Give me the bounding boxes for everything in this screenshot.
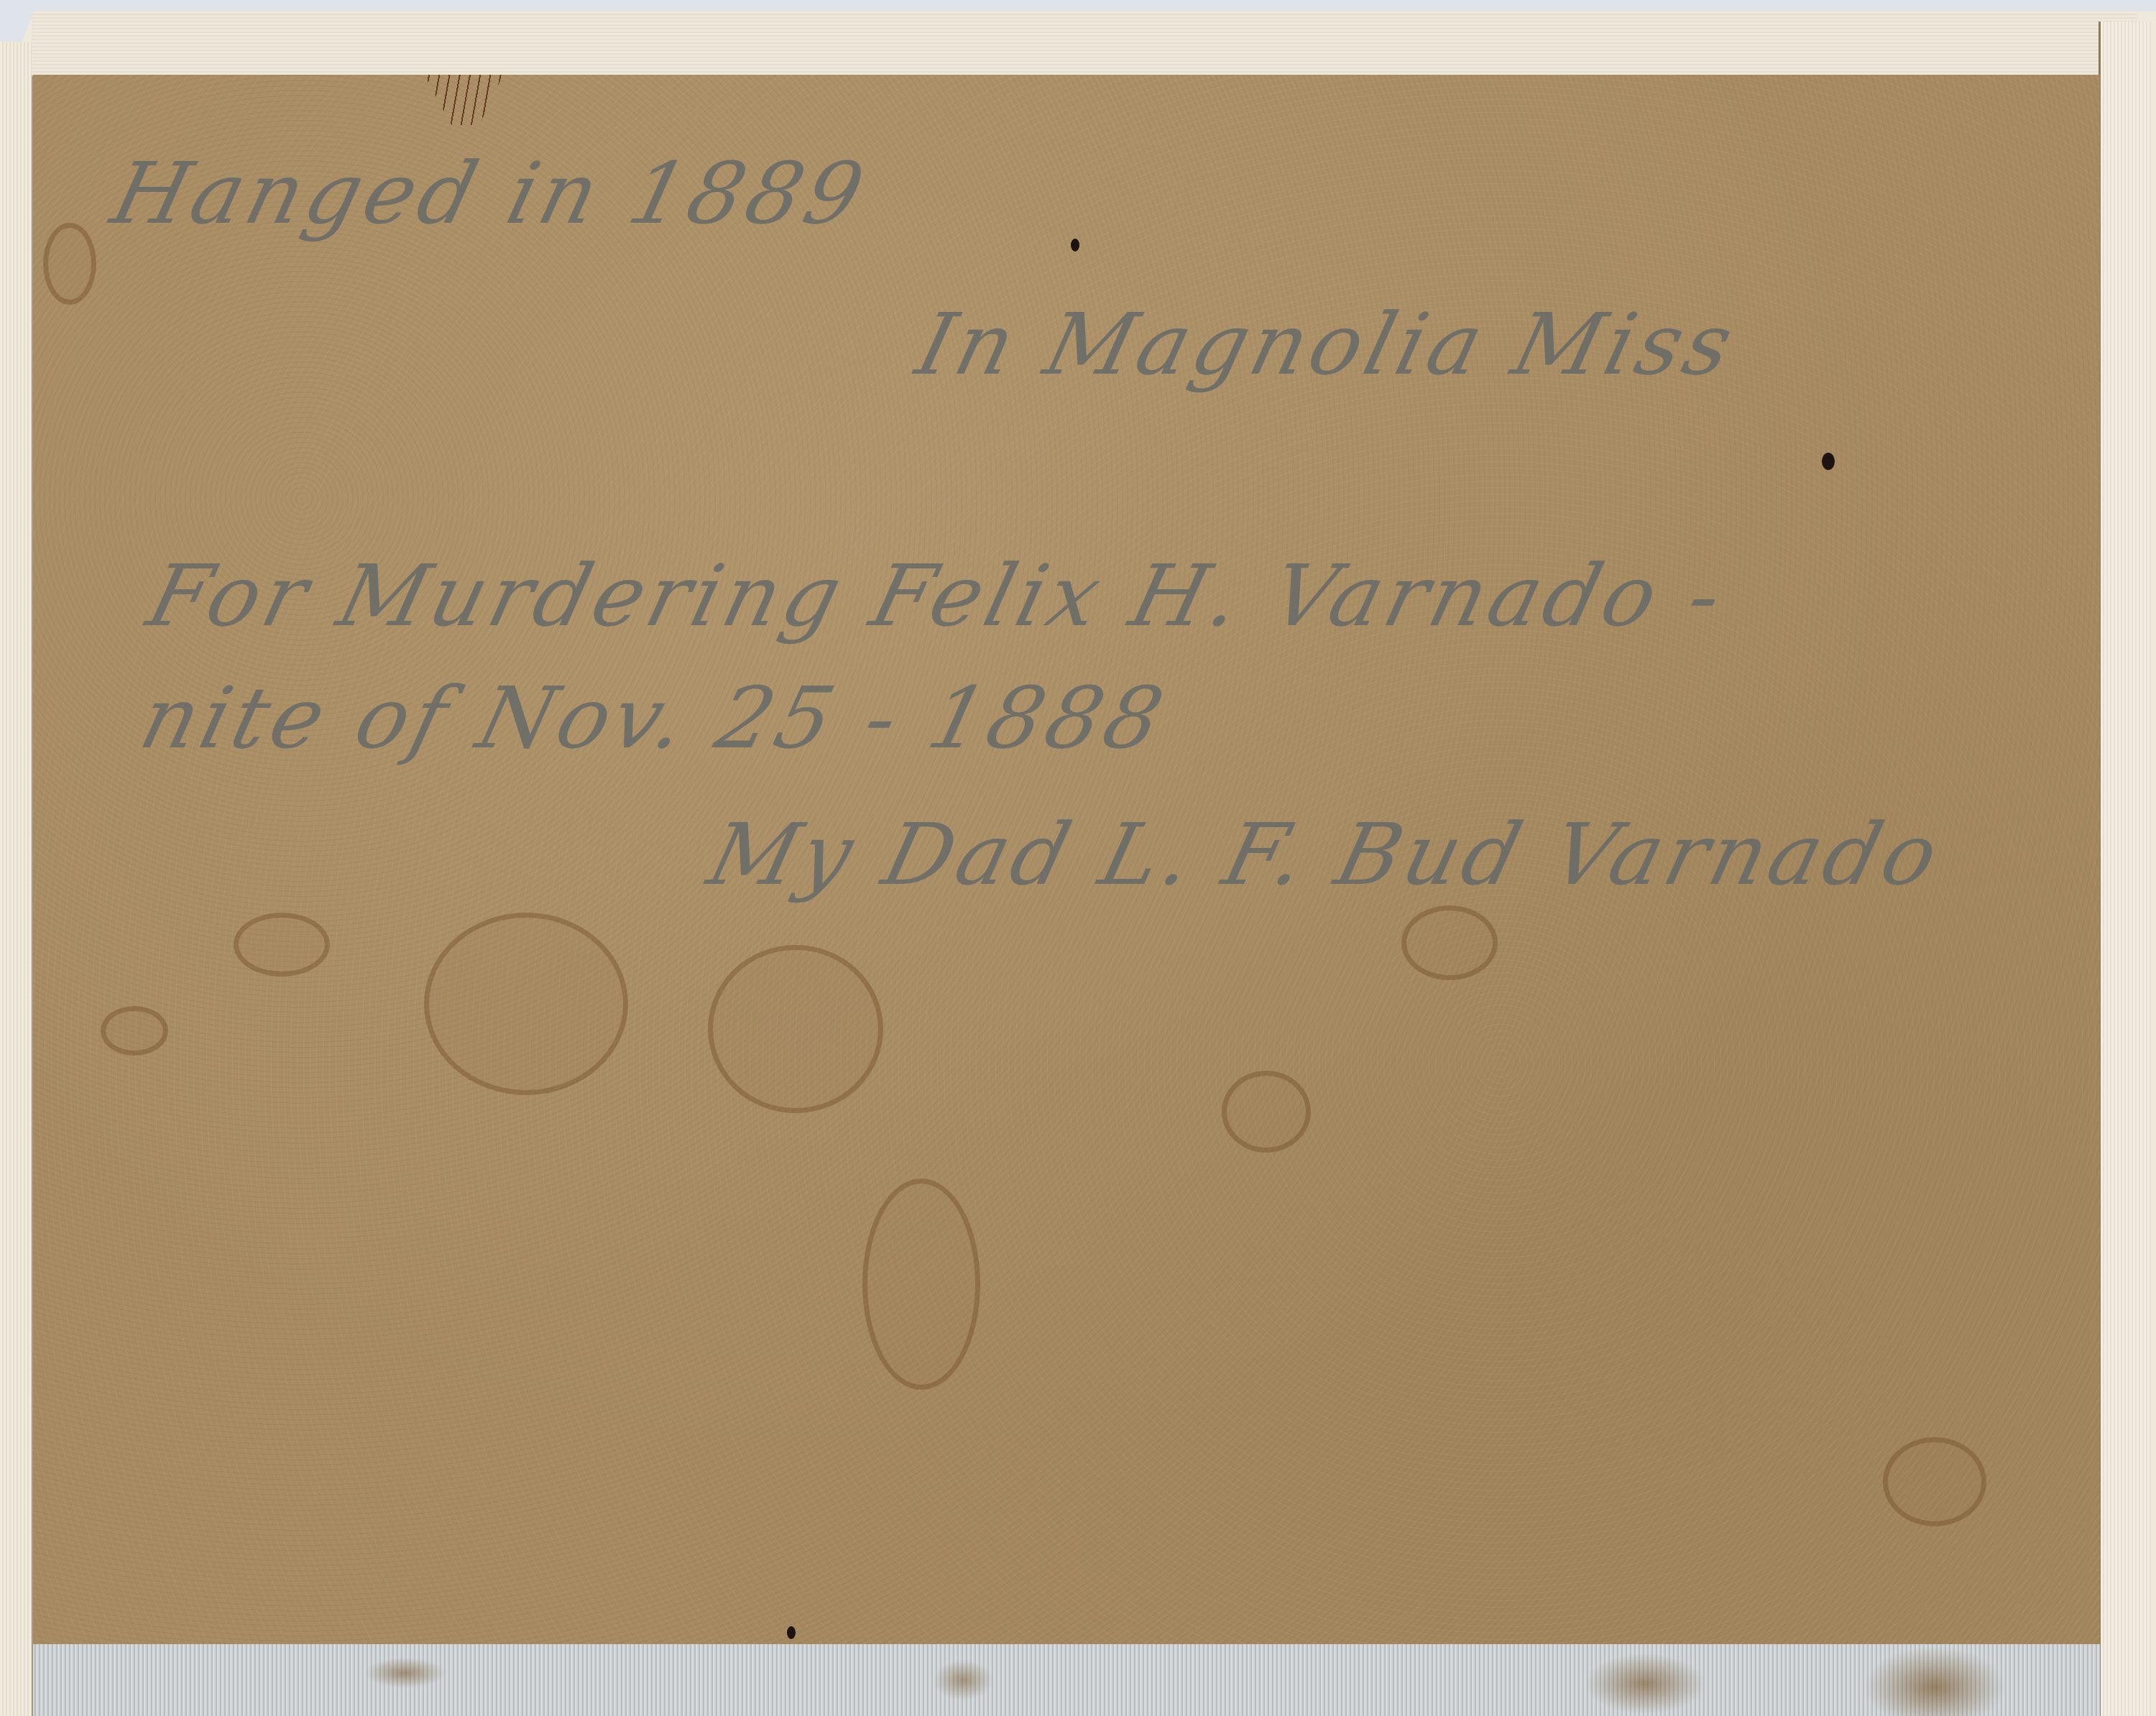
- stain-ring: [424, 913, 628, 1095]
- stain-ring: [1222, 1071, 1311, 1153]
- cloth-tape-right-edge: [2099, 22, 2151, 1716]
- ink-speck: [1071, 239, 1079, 252]
- stain-ring: [708, 945, 883, 1113]
- inscription-line-5: My Dad L. F. Bud Varnado: [699, 805, 1952, 904]
- inscription-line-2: In Magnolia Miss: [908, 295, 1746, 394]
- ink-speck: [1822, 453, 1835, 470]
- inscription-line-1: Hanged in 1889: [103, 144, 877, 243]
- ink-speck: [787, 1626, 796, 1639]
- stain-ring: [1401, 905, 1498, 980]
- cloth-tape-left-edge: [0, 42, 33, 1716]
- inscription-line-3: For Murdering Felix H. Varnado -: [139, 546, 1736, 645]
- stain-ring: [1883, 1437, 1986, 1526]
- stain-ring: [862, 1178, 980, 1390]
- stain-ring: [234, 913, 330, 977]
- worn-bottom-edge: [33, 1644, 2100, 1716]
- stain-ring: [43, 223, 96, 305]
- stain-ring: [101, 1006, 168, 1056]
- inscription-line-4: nite of Nov. 25 - 1888: [132, 668, 1176, 767]
- cloth-tape-top-edge: [32, 13, 2137, 76]
